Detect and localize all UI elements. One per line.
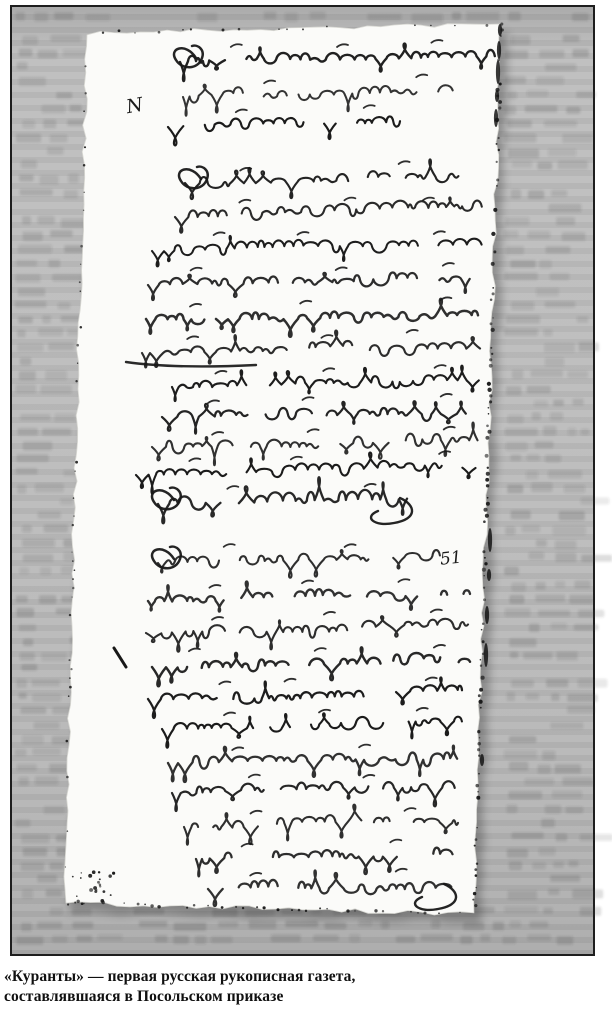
figure-frame (10, 5, 595, 956)
caption-line-1: «Куранты» — первая русская рукописная га… (4, 967, 604, 987)
caption-line-2: составлявшаяся в Посольском приказе (4, 987, 604, 1007)
figure-caption: «Куранты» — первая русская рукописная га… (4, 967, 604, 1006)
